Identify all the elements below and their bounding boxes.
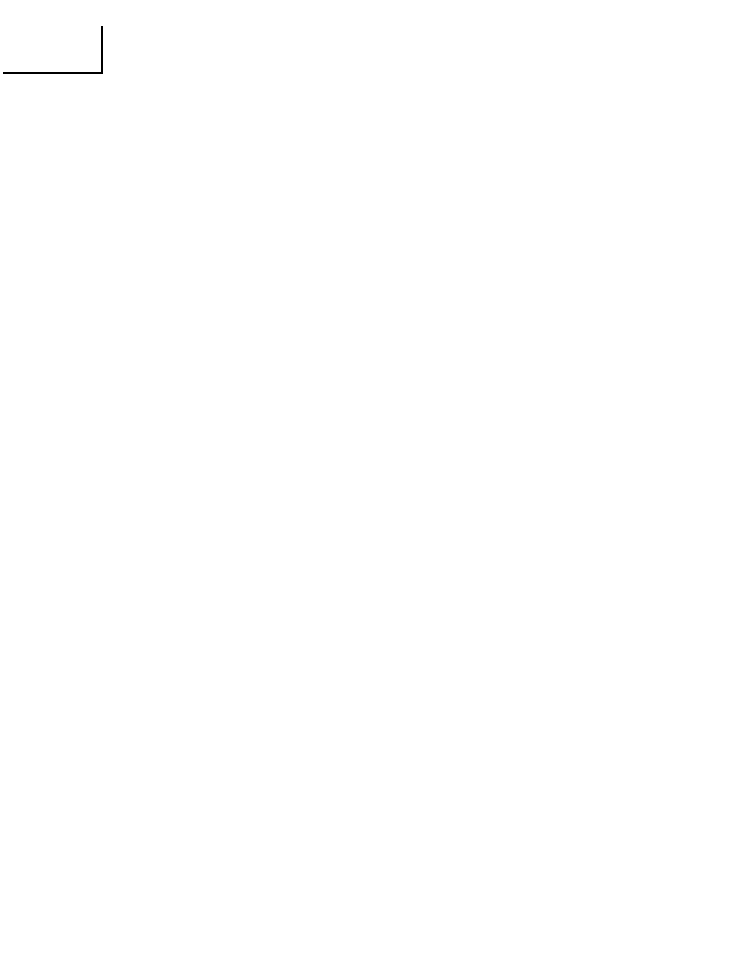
tip-sheet-page <box>0 0 750 968</box>
masthead <box>0 0 750 76</box>
badge-underline <box>3 72 101 74</box>
masthead-divider-line <box>101 26 103 74</box>
